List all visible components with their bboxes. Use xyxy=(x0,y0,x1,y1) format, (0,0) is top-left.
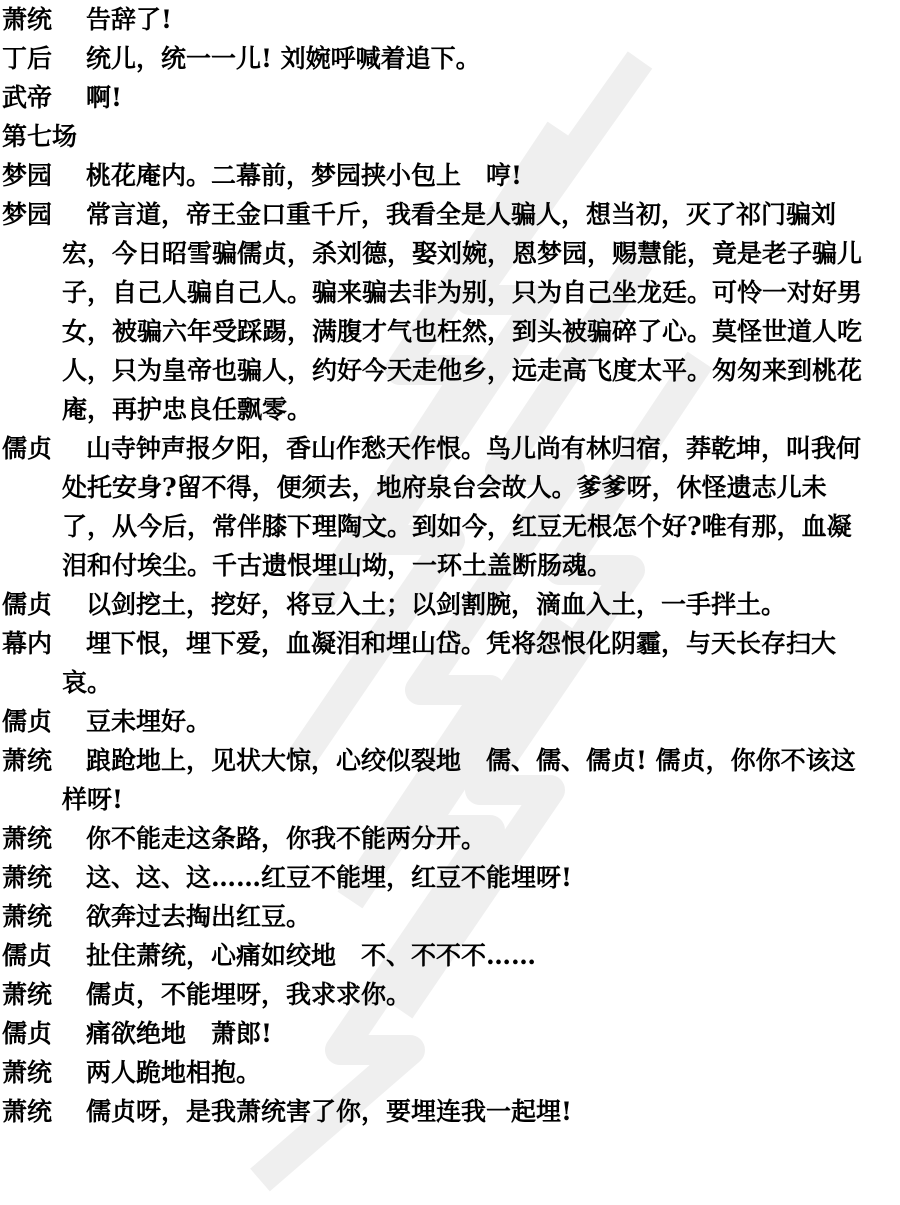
speech-text: 山寺钟声报夕阳，香山作愁天作恨。鸟儿尚有林归宿，莽乾坤，叫我何处托安身?留不得，… xyxy=(62,434,861,580)
speech-text: 常言道，帝王金口重千斤，我看全是人骗人，想当初，灭了祁门骗刘宏，今日昭雪骗儒贞，… xyxy=(62,200,862,424)
speech-text: 儒贞，不能埋呀，我求求你。 xyxy=(62,975,872,1014)
script-document: 萧统 告辞了! 丁后 统儿，统一一儿! 刘婉呼喊着追下。 武帝 啊! 第七场 梦… xyxy=(0,0,900,1131)
speech-text: 踉跄地上，见状大惊，心绞似裂地 儒、儒、儒贞! 儒贞，你你不该这样呀! xyxy=(62,746,856,814)
script-line: 儒贞以剑挖土，挖好，将豆入土；以剑割腕，滴血入土，一手拌土。 xyxy=(2,585,872,624)
speaker-name: 幕内 xyxy=(2,624,86,663)
script-line: 儒贞 痛欲绝地 萧郎! xyxy=(2,1014,872,1053)
speaker-name: 萧统 xyxy=(2,741,86,780)
script-line: 幕内埋下恨，埋下爱，血凝泪和埋山岱。凭将怨恨化阴霾，与天长存扫大哀。 xyxy=(2,624,872,702)
script-line: 武帝 啊! xyxy=(2,78,872,117)
speech-text: 你不能走这条路，你我不能两分开。 xyxy=(62,819,872,858)
script-line: 萧统 儒贞呀，是我萧统害了你，要埋连我一起埋! xyxy=(2,1092,872,1131)
script-line: 梦园 桃花庵内。二幕前，梦园挟小包上 哼! xyxy=(2,156,872,195)
script-line: 儒贞山寺钟声报夕阳，香山作愁天作恨。鸟儿尚有林归宿，莽乾坤，叫我何处托安身?留不… xyxy=(2,429,872,585)
speaker-name: 儒贞 xyxy=(2,429,86,468)
script-line: 萧统 欲奔过去掏出红豆。 xyxy=(2,897,872,936)
speech-text: 扯住萧统，心痛如绞地 不、不不不…… xyxy=(62,936,872,975)
speech-text: 两人跪地相抱。 xyxy=(62,1053,872,1092)
script-line: 萧统 告辞了! xyxy=(2,0,872,39)
speech-text: 桃花庵内。二幕前，梦园挟小包上 哼! xyxy=(62,156,872,195)
scene-heading: 第七场 xyxy=(2,117,872,156)
speech-text: 统儿，统一一儿! 刘婉呼喊着追下。 xyxy=(62,39,872,78)
speech-text: 欲奔过去掏出红豆。 xyxy=(62,897,872,936)
script-line: 儒贞 豆未埋好。 xyxy=(2,702,872,741)
speaker-name: 儒贞 xyxy=(2,585,86,624)
script-line: 萧统 你不能走这条路，你我不能两分开。 xyxy=(2,819,872,858)
script-line: 丁后 统儿，统一一儿! 刘婉呼喊着追下。 xyxy=(2,39,872,78)
speech-text: 儒贞呀，是我萧统害了你，要埋连我一起埋! xyxy=(62,1092,872,1131)
script-line: 梦园常言道，帝王金口重千斤，我看全是人骗人，想当初，灭了祁门骗刘宏，今日昭雪骗儒… xyxy=(2,195,872,429)
speech-text: 埋下恨，埋下爱，血凝泪和埋山岱。凭将怨恨化阴霾，与天长存扫大哀。 xyxy=(62,629,836,697)
speech-text: 以剑挖土，挖好，将豆入土；以剑割腕，滴血入土，一手拌土。 xyxy=(86,590,786,619)
speech-text: 这、这、这……红豆不能埋，红豆不能埋呀! xyxy=(62,858,872,897)
speech-text: 啊! xyxy=(62,78,872,117)
script-line: 萧统 两人跪地相抱。 xyxy=(2,1053,872,1092)
script-line: 萧统 儒贞，不能埋呀，我求求你。 xyxy=(2,975,872,1014)
script-line: 萧统 这、这、这……红豆不能埋，红豆不能埋呀! xyxy=(2,858,872,897)
script-line: 萧统踉跄地上，见状大惊，心绞似裂地 儒、儒、儒贞! 儒贞，你你不该这样呀! xyxy=(2,741,872,819)
speech-text: 痛欲绝地 萧郎! xyxy=(62,1014,872,1053)
speech-text: 豆未埋好。 xyxy=(62,702,872,741)
script-line: 儒贞 扯住萧统，心痛如绞地 不、不不不…… xyxy=(2,936,872,975)
speaker-name: 梦园 xyxy=(2,195,86,234)
speech-text: 告辞了! xyxy=(62,0,872,39)
